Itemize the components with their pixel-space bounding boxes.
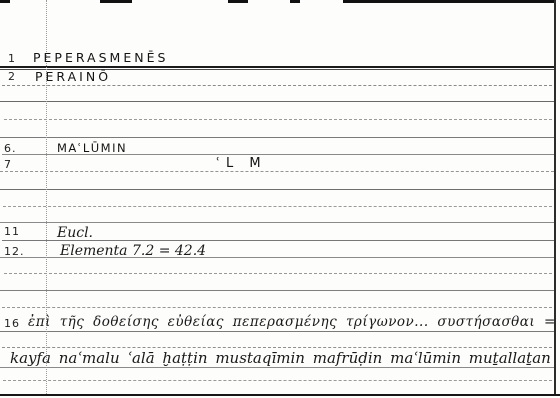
bottom-page-border: [0, 394, 560, 396]
top-border-fragment: [228, 0, 248, 3]
handwritten-entry-lm: ʿL M: [216, 157, 267, 170]
ruled-line: [4, 273, 552, 274]
ruled-line: [0, 101, 554, 102]
line-number: 6.: [4, 143, 17, 154]
notebook-page: 1 2 6. 7 11 12. 16 PEPERASMENĒS PERAINŌ …: [0, 0, 560, 398]
ruled-line: [2, 347, 552, 348]
ruled-line: [3, 380, 552, 381]
line-number: 16: [4, 318, 20, 329]
ruled-line: [3, 206, 552, 207]
top-border-fragment: [100, 0, 132, 3]
handwritten-entry-malumin: MAʿLŪMIN: [57, 143, 127, 155]
ruled-line: [2, 307, 552, 308]
ruled-line: [0, 137, 554, 138]
ruled-line: [0, 290, 554, 291]
top-border-fragment: [0, 0, 10, 3]
ruled-line: [0, 367, 554, 368]
top-border-fragment: [290, 0, 300, 3]
top-border-fragment: [343, 0, 556, 3]
handwritten-entry-peraino: PERAINŌ: [35, 71, 111, 84]
line-number: 2: [8, 71, 16, 82]
ruled-line: [2, 85, 552, 86]
ruled-line: [0, 222, 554, 223]
right-page-border: [554, 0, 556, 396]
line-number: 12.: [4, 246, 25, 257]
line-number: 11: [4, 226, 20, 237]
handwritten-entry-eucl: Eucl.: [57, 226, 93, 240]
handwritten-entry-elementa: Elementa 7.2 = 42.4: [60, 244, 206, 258]
ruled-line: [0, 66, 556, 68]
line-number: 7: [4, 159, 12, 170]
ruled-line: [0, 171, 554, 172]
handwritten-entry-peperasmenes: PEPERASMENĒS: [33, 52, 168, 65]
ruled-line: [0, 189, 554, 190]
handwritten-entry-arabic-transliteration: kayfa naʿmalu ʿalā ḫaṭṭin mustaqīmin maf…: [10, 351, 551, 366]
handwritten-entry-greek: ἐπὶ τῆς δοθείσης εὐθείας πεπερασμένης τρ…: [28, 316, 556, 330]
ruled-line: [0, 331, 554, 332]
ruled-line: [4, 119, 552, 120]
line-number: 1: [8, 53, 16, 64]
